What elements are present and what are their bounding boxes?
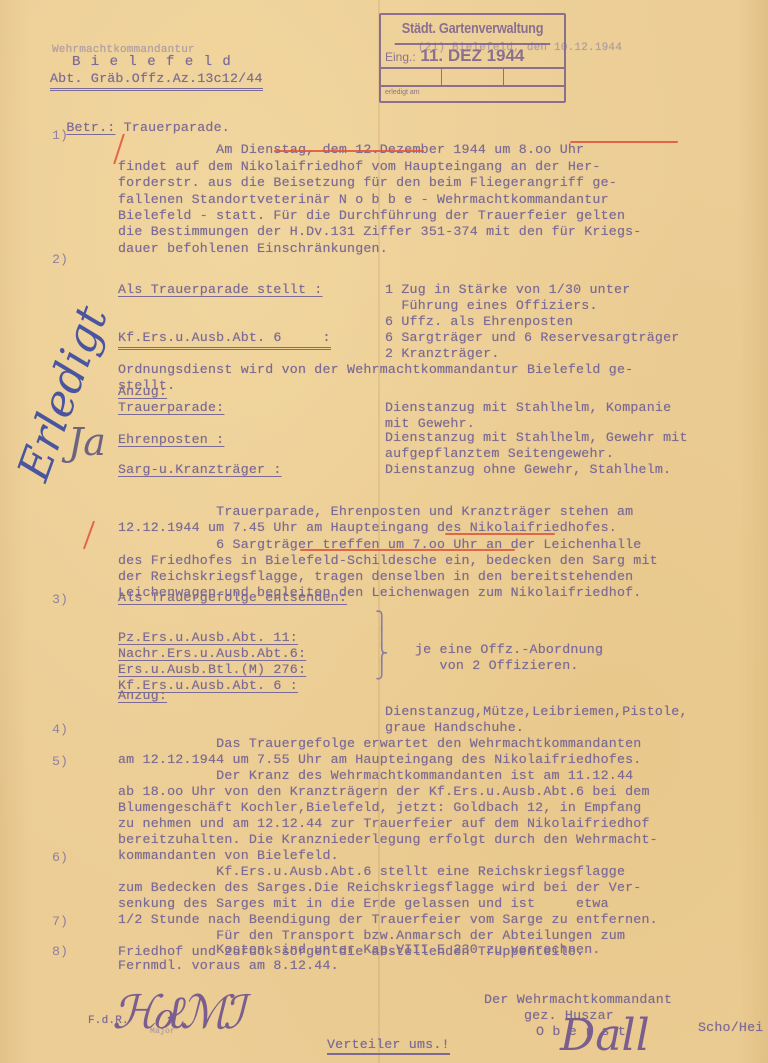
text-line: bereitzuhalten. Die Kranzniederlegung er… — [118, 832, 658, 848]
text-line: senkung des Sarges mit in die Erde gelas… — [118, 896, 658, 912]
text-line: Dienstanzug mit Stahlhelm, Kompanie — [385, 400, 671, 416]
stamp-grid — [381, 67, 564, 87]
text-line: Bielefeld - statt. Für die Durchführung … — [118, 208, 641, 224]
received-stamp: Städt. Gartenverwaltung Eing.: 11. DEZ 1… — [379, 13, 566, 103]
initials: Scho/Hei — [698, 1020, 763, 1036]
section-number: 2) — [52, 252, 68, 267]
text-line: Blumengeschäft Kochler,Bielefeld, jetzt:… — [118, 800, 658, 816]
text-line: zu nehmen und am 12.12.44 zur Trauerfeie… — [118, 816, 658, 832]
section-heading: Als Trauerparade stellt : — [118, 282, 331, 298]
section-number: 5) — [52, 754, 68, 769]
text-line: stellt. — [118, 378, 633, 394]
text-line: findet auf dem Nikolaifriedhof vom Haupt… — [118, 159, 641, 175]
text-line: zum Bedecken des Sarges.Die Reichskriegs… — [118, 880, 658, 896]
text-line: aufgepflanztem Seitengewehr. — [385, 446, 688, 462]
list-item: Führung eines Offiziers. — [385, 298, 679, 314]
text-line: 12.12.1944 um 7.45 Uhr am Haupteingang d… — [118, 520, 658, 536]
section-number: 3) — [52, 592, 68, 607]
unit-name: Nachr.Ers.u.Ausb.Abt.6: — [118, 646, 306, 662]
text-line: Dienstanzug mit Stahlhelm, Gewehr mit — [385, 430, 688, 446]
text-line: Trauerparade, Ehrenposten und Kranzträge… — [118, 504, 658, 520]
unit-name: Ers.u.Ausb.Btl.(M) 276: — [118, 662, 306, 678]
text-line: Der Wehrmachtkommandant — [484, 992, 672, 1008]
section-number: 8) — [52, 944, 68, 959]
red-underline — [300, 549, 515, 551]
section-number: 4) — [52, 722, 68, 737]
section-number: 1) — [52, 128, 68, 143]
red-underline — [274, 150, 424, 152]
header-reference: Abt. Gräb.Offz.Az.13c12/44 — [50, 71, 263, 91]
delegation-text: je eine Offz.-Abordnung von 2 Offizieren… — [415, 626, 603, 690]
section-heading: Als Trauergefolge entsenden: — [118, 590, 347, 606]
text-line: des Friedhofes in Bielefeld-Schildesche … — [118, 553, 658, 569]
text-line: Das Trauergefolge erwartet den Wehrmacht… — [118, 736, 641, 752]
dress-label: Anzug: — [118, 688, 167, 704]
stamp-received-label: Eing.: — [385, 50, 416, 64]
section-number: 7) — [52, 914, 68, 929]
text-line: Kf.Ers.u.Ausb.Abt.6 stellt eine Reichskr… — [118, 864, 658, 880]
text-line: je eine Offz.-Abordnung — [415, 642, 603, 658]
text-line: Der Kranz des Wehrmachtkommandanten ist … — [118, 768, 658, 784]
section-8-body: Kosten sind unter Kap.VIII E 230 zu verr… — [118, 942, 601, 958]
section-number: 6) — [52, 850, 68, 865]
stamp-received-date: 11. DEZ 1944 — [420, 46, 524, 65]
list-item: 6 Uffz. als Ehrenposten — [385, 314, 679, 330]
header-city: B i e l e f e l d — [72, 54, 232, 70]
dress-role: Sarg-u.Kranzträger : — [118, 462, 282, 478]
handwritten-signature-right: Dall — [560, 1010, 650, 1061]
dress-description: Dienstanzug mit Stahlhelm, Gewehr mitauf… — [385, 430, 688, 462]
dress-role: Trauerparade: — [118, 400, 224, 416]
handwritten-initial: Ja — [68, 420, 106, 464]
unit-name: Pz.Ers.u.Ausb.Abt. 11: — [118, 630, 306, 646]
list-item: 1 Zug in Stärke von 1/30 unter — [385, 282, 679, 298]
dress-role: Ehrenposten : — [118, 432, 224, 448]
advance-note: Fernmdl. voraus am 8.12.44. — [118, 958, 339, 974]
text-line: ab 18.oo Uhr von den Kranzträgern der Kf… — [118, 784, 658, 800]
red-underline — [445, 533, 555, 535]
stamp-footer: erledigt am — [381, 87, 564, 99]
text-line: Dienstanzug,Mütze,Leibriemen,Pistole, — [385, 704, 688, 720]
dress-description: Dienstanzug ohne Gewehr, Stahlhelm. — [385, 462, 671, 478]
handwritten-signature-left: ℋℴℓℳℐ — [112, 985, 239, 1039]
text-line: der Reichskriegsflagge, tragen denselben… — [118, 569, 658, 585]
text-line: forderstr. aus die Beisetzung für den be… — [118, 175, 641, 191]
text-line: fallenen Standortveterinär N o b b e - W… — [118, 192, 641, 208]
text-line: Ordnungsdienst wird von der Wehrmachtkom… — [118, 362, 633, 378]
distribution-note: Verteiler ums.! — [327, 1037, 450, 1055]
stamp-received: Eing.: 11. DEZ 1944 — [381, 45, 564, 67]
red-underline — [570, 141, 678, 143]
stamp-title: Städt. Gartenverwaltung — [395, 15, 551, 45]
list-item: 6 Sargträger und 6 Reservesargträger — [385, 330, 679, 346]
dress-label: Anzug: — [118, 384, 167, 400]
brace: ⎫ ⎪ ⎬ ⎭ — [375, 614, 389, 678]
dress-description: Dienstanzug mit Stahlhelm, Kompaniemit G… — [385, 400, 671, 432]
text-line: von 2 Offizieren. — [415, 658, 603, 674]
text-line: die Bestimmungen der H.Dv.131 Ziffer 351… — [118, 224, 641, 240]
subject-label: Betr.: — [66, 120, 115, 135]
